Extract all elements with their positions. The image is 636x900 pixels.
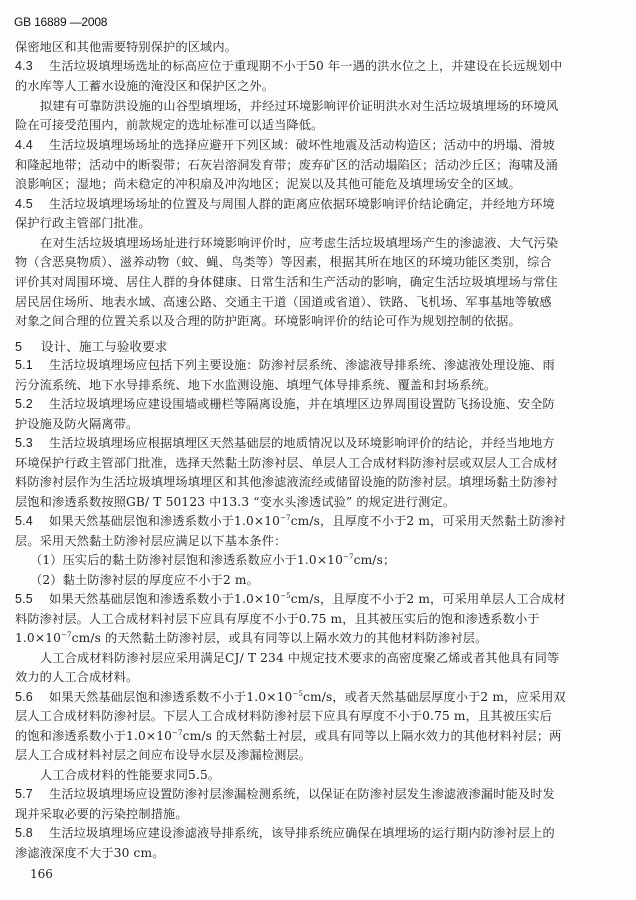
line-text: cm/s 的天然黏土防渗衬层，或具有同等以上隔水效力的其他材料防渗衬层。	[72, 631, 488, 645]
clause-5-1: 5.1生活垃圾填埋场应包括下列主要设施：防渗衬层系统、渗滤液导排系统、渗滤液处理…	[15, 357, 510, 373]
line-text: 1.0×10	[15, 631, 61, 645]
line-text: 层饱和渗透系数按照GB/ T 50123 中13.3 “变水头渗透试验” 的规定…	[15, 495, 455, 509]
text-line: 料防渗衬层作为生活垃圾填埋场填埋区和其他渗滤液流经或储留设施的防渗衬层。填埋场黏…	[15, 474, 510, 490]
line-text: 如果天然基础层饱和渗透系数小于1.0×10	[49, 592, 280, 606]
line-text: 生活垃圾填埋场应建设围墙或栅栏等隔离设施，并在填埋区边界周围设置防飞扬设施、安全…	[49, 397, 555, 411]
line-text: 渗滤液深度不大于30 cm。	[15, 846, 165, 860]
text-line: 险在可接受范围内，前款规定的选址标准可以适当降低。	[15, 117, 510, 133]
line-text: 料防渗衬层作为生活垃圾填埋场填埋区和其他渗滤液流经或储留设施的防渗衬层。填埋场黏…	[15, 475, 558, 489]
text-line: 层人工合成材料防渗衬层。下层人工合成材料防渗衬层下应具有厚度不小于0.75 m，…	[15, 708, 510, 724]
line-text: 层。采用天然黏土防渗衬层应满足以下基本条件：	[15, 534, 286, 548]
exponent: −5	[292, 690, 303, 698]
line-text: 人工合成材料的性能要求同5.5。	[40, 768, 220, 782]
clause-4-3: 4.3生活垃圾填埋场选址的标高应位于重现期不小于50 年一遇的洪水位之上，并建设…	[15, 58, 510, 74]
line-text: 如果天然基础层饱和渗透系数小于1.0×10	[49, 514, 280, 528]
clause-4-4: 4.4生活垃圾填埋场场址的选择应避开下列区域：破坏性地震及活动构造区；活动中的坍…	[15, 137, 510, 153]
standard-code-header: GB 16889 —2008	[14, 15, 107, 29]
clause-5-2: 5.2生活垃圾填埋场应建设围墙或栅栏等隔离设施，并在填埋区边界周围设置防飞扬设施…	[15, 396, 510, 412]
list-item-1: （1）压实后的黏土防渗衬层饱和渗透系数应小于1.0×10−7cm/s；	[30, 552, 525, 568]
clause-number: 5.5	[15, 591, 49, 607]
text-line: 拟建有可靠防洪设施的山谷型填埋场，并经过环境影响评价证明洪水对生活垃圾填埋场的环…	[40, 98, 535, 114]
line-text: 生活垃圾填埋场应设置防渗衬层渗漏检测系统，以保证在防渗衬层发生渗滤液渗漏时能及时…	[49, 787, 555, 801]
section-number: 5	[15, 339, 41, 355]
clause-5-3: 5.3生活垃圾填埋场应根据填埋区天然基础层的地质情况以及环境影响评价的结论，并经…	[15, 435, 510, 451]
line-text: cm/s，或者天然基础层厚度小于2 m，应采用双	[303, 690, 566, 704]
text-line: 层人工合成材料衬层之间应布设导水层及渗漏检测层。	[15, 747, 510, 763]
clause-5-5: 5.5如果天然基础层饱和渗透系数小于1.0×10−5cm/s，且厚度不小于2 m…	[15, 591, 510, 607]
line-text: 环境保护行政主管部门批准，选择天然黏土防渗衬层、单层人工合成材料防渗衬层或双层人…	[15, 456, 558, 470]
line-text: 生活垃圾填埋场应建设渗滤液导排系统，该导排系统应确保在填埋场的运行期内防渗衬层上…	[49, 826, 555, 840]
line-text: （2）黏土防渗衬层的厚度应不小于2 m。	[30, 573, 259, 587]
text-line: 护设施及防火隔离带。	[15, 416, 510, 432]
line-text: 的饱和渗透系数小于1.0×10	[15, 729, 172, 743]
clause-5-6: 5.6如果天然基础层饱和渗透系数不小于1.0×10−5cm/s，或者天然基础层厚…	[15, 689, 510, 705]
line-text: 拟建有可靠防洪设施的山谷型填埋场，并经过环境影响评价证明洪水对生活垃圾填埋场的环…	[40, 99, 558, 113]
clause-number: 4.5	[15, 196, 49, 212]
text-line: 在对生活垃圾填埋场场址进行环境影响评价时，应考虑生活垃圾填埋场产生的渗滤液、大气…	[40, 235, 535, 251]
clause-number: 4.3	[15, 58, 49, 74]
line-text: 物（含恶臭物质）、滋养动物（蚊、蝇、鸟类等）等因素，根据其所在地区的环境功能区类…	[15, 255, 552, 269]
clause-number: 5.4	[15, 513, 49, 529]
line-text: 保护行政主管部门批准。	[15, 216, 151, 230]
clause-number: 5.6	[15, 689, 49, 705]
line-text: 对象之间合理的位置关系以及合理的防护距离。环境影响评价的结论可作为规划控制的依据…	[15, 314, 521, 328]
exponent: −7	[280, 514, 291, 522]
line-text: cm/s；	[354, 553, 396, 567]
text-line: 现并采取必要的污染控制措施。	[15, 806, 510, 822]
line-text: cm/s 的天然黏土衬层，或具有同等以上隔水效力的其他材料衬层；两	[183, 729, 562, 743]
line-text: 居民居住场所、地表水域、高速公路、交通主干道（国道或省道）、铁路、飞机场、军事基…	[15, 295, 552, 309]
text-line: 保护行政主管部门批准。	[15, 215, 510, 231]
line-text: 护设施及防火隔离带。	[15, 417, 138, 431]
line-text: 人工合成材料防渗衬层应采用满足CJ/ T 234 中规定技术要求的高密度聚乙烯或…	[40, 651, 559, 665]
page-number: 166	[30, 867, 53, 881]
line-text: cm/s，且厚度不小于2 m，可采用单层人工合成材	[291, 592, 566, 606]
text-line: 污分流系统、地下水导排系统、地下水监测设施、填埋气体导排系统、覆盖和封场系统。	[15, 377, 510, 393]
text-line: 料防渗衬层。人工合成材料衬层下应具有厚度不小于0.75 m，且其被压实后的饱和渗…	[15, 611, 510, 627]
text-line: 物（含恶臭物质）、滋养动物（蚊、蝇、鸟类等）等因素，根据其所在地区的环境功能区类…	[15, 254, 510, 270]
clause-5-4: 5.4如果天然基础层饱和渗透系数小于1.0×10−7cm/s，且厚度不小于2 m…	[15, 513, 510, 529]
line-text: 生活垃圾填埋场应包括下列主要设施：防渗衬层系统、渗滤液导排系统、渗滤液处理设施、…	[49, 358, 555, 372]
text-line: 的水库等人工蓄水设施的淹没区和保护区之外。	[15, 78, 510, 94]
clause-4-5: 4.5生活垃圾填埋场场址的位置及与周围人群的距离应依据环境影响评价结论确定，并经…	[15, 196, 510, 212]
clause-number: 4.4	[15, 137, 49, 153]
text-line: 人工合成材料防渗衬层应采用满足CJ/ T 234 中规定技术要求的高密度聚乙烯或…	[40, 650, 535, 666]
text-line: 环境保护行政主管部门批准，选择天然黏土防渗衬层、单层人工合成材料防渗衬层或双层人…	[15, 455, 510, 471]
text-line: 和隆起地带；活动中的断裂带；石灰岩溶洞发育带；废弃矿区的活动塌陷区；活动沙丘区；…	[15, 157, 510, 173]
line-text: 料防渗衬层。人工合成材料衬层下应具有厚度不小于0.75 m，且其被压实后的饱和渗…	[15, 612, 540, 626]
text-line: 评价其对周围环境、居住人群的身体健康、日常生活和生产活动的影响，确定生活垃圾填埋…	[15, 274, 510, 290]
line-text: 浪影响区；湿地；尚未稳定的冲积扇及冲沟地区；泥炭以及其他可能危及填埋场安全的区域…	[15, 177, 521, 191]
clause-number: 5.3	[15, 435, 49, 451]
line-text: 保密地区和其他需要特别保护的区域内。	[15, 40, 237, 54]
line-text: 的水库等人工蓄水设施的淹没区和保护区之外。	[15, 79, 274, 93]
text-line: 层。采用天然黏土防渗衬层应满足以下基本条件：	[15, 533, 510, 549]
line-text: 层人工合成材料防渗衬层。下层人工合成材料防渗衬层下应具有厚度不小于0.75 m，…	[15, 709, 552, 723]
list-item-2: （2）黏土防渗衬层的厚度应不小于2 m。	[30, 572, 525, 588]
line-text: 如果天然基础层饱和渗透系数不小于1.0×10	[49, 690, 292, 704]
line-text: 和隆起地带；活动中的断裂带；石灰岩溶洞发育带；废弃矿区的活动塌陷区；活动沙丘区；…	[15, 158, 558, 172]
line-text: 险在可接受范围内，前款规定的选址标准可以适当降低。	[15, 118, 323, 132]
line-text: 生活垃圾填埋场场址的位置及与周围人群的距离应依据环境影响评价结论确定，并经地方环…	[49, 197, 555, 211]
line-text: 生活垃圾填埋场应根据填埋区天然基础层的地质情况以及环境影响评价的结论，并经当地地…	[49, 436, 555, 450]
line-text: 层人工合成材料衬层之间应布设导水层及渗漏检测层。	[15, 748, 311, 762]
document-page: GB 16889 —2008 保密地区和其他需要特别保护的区域内。 4.3生活垃…	[0, 0, 636, 900]
text-line: 1.0×10−7cm/s 的天然黏土防渗衬层，或具有同等以上隔水效力的其他材料防…	[15, 630, 510, 646]
line-text: 生活垃圾填埋场选址的标高应位于重现期不小于50 年一遇的洪水位之上，并建设在长远…	[49, 59, 562, 73]
text-line: 的饱和渗透系数小于1.0×10−7cm/s 的天然黏土衬层，或具有同等以上隔水效…	[15, 728, 510, 744]
text-line: 浪影响区；湿地；尚未稳定的冲积扇及冲沟地区；泥炭以及其他可能危及填埋场安全的区域…	[15, 176, 510, 192]
clause-5-8: 5.8生活垃圾填埋场应建设渗滤液导排系统，该导排系统应确保在填埋场的运行期内防渗…	[15, 825, 510, 841]
section-5-heading: 5设计、施工与验收要求	[15, 339, 510, 355]
line-text: 污分流系统、地下水导排系统、地下水监测设施、填埋气体导排系统、覆盖和封场系统。	[15, 378, 496, 392]
text-line: 保密地区和其他需要特别保护的区域内。	[15, 39, 510, 55]
text-line: 居民居住场所、地表水域、高速公路、交通主干道（国道或省道）、铁路、飞机场、军事基…	[15, 294, 510, 310]
line-text: （1）压实后的黏土防渗衬层饱和渗透系数应小于1.0×10	[30, 553, 343, 567]
line-text: 效力的人工合成材料。	[15, 670, 138, 684]
exponent: −5	[280, 592, 291, 600]
section-title: 设计、施工与验收要求	[41, 340, 168, 354]
text-line: 渗滤液深度不大于30 cm。	[15, 845, 510, 861]
text-line: 对象之间合理的位置关系以及合理的防护距离。环境影响评价的结论可作为规划控制的依据…	[15, 313, 510, 329]
line-text: 生活垃圾填埋场场址的选择应避开下列区域：破坏性地震及活动构造区；活动中的坍塌、滑…	[49, 138, 555, 152]
clause-number: 5.8	[15, 825, 49, 841]
clause-number: 5.1	[15, 357, 49, 373]
clause-5-7: 5.7生活垃圾填埋场应设置防渗衬层渗漏检测系统，以保证在防渗衬层发生渗滤液渗漏时…	[15, 786, 510, 802]
line-text: 现并采取必要的污染控制措施。	[15, 807, 188, 821]
exponent: −7	[172, 729, 183, 737]
clause-number: 5.2	[15, 396, 49, 412]
exponent: −7	[343, 553, 354, 561]
line-text: 评价其对周围环境、居住人群的身体健康、日常生活和生产活动的影响，确定生活垃圾填埋…	[15, 275, 558, 289]
text-line: 效力的人工合成材料。	[15, 669, 510, 685]
text-line: 人工合成材料的性能要求同5.5。	[40, 767, 535, 783]
text-line: 层饱和渗透系数按照GB/ T 50123 中13.3 “变水头渗透试验” 的规定…	[15, 494, 510, 510]
clause-number: 5.7	[15, 786, 49, 802]
exponent: −7	[61, 631, 72, 639]
line-text: 在对生活垃圾填埋场场址进行环境影响评价时，应考虑生活垃圾填埋场产生的渗滤液、大气…	[40, 236, 558, 250]
line-text: cm/s，且厚度不小于2 m，可采用天然黏土防渗衬	[291, 514, 566, 528]
